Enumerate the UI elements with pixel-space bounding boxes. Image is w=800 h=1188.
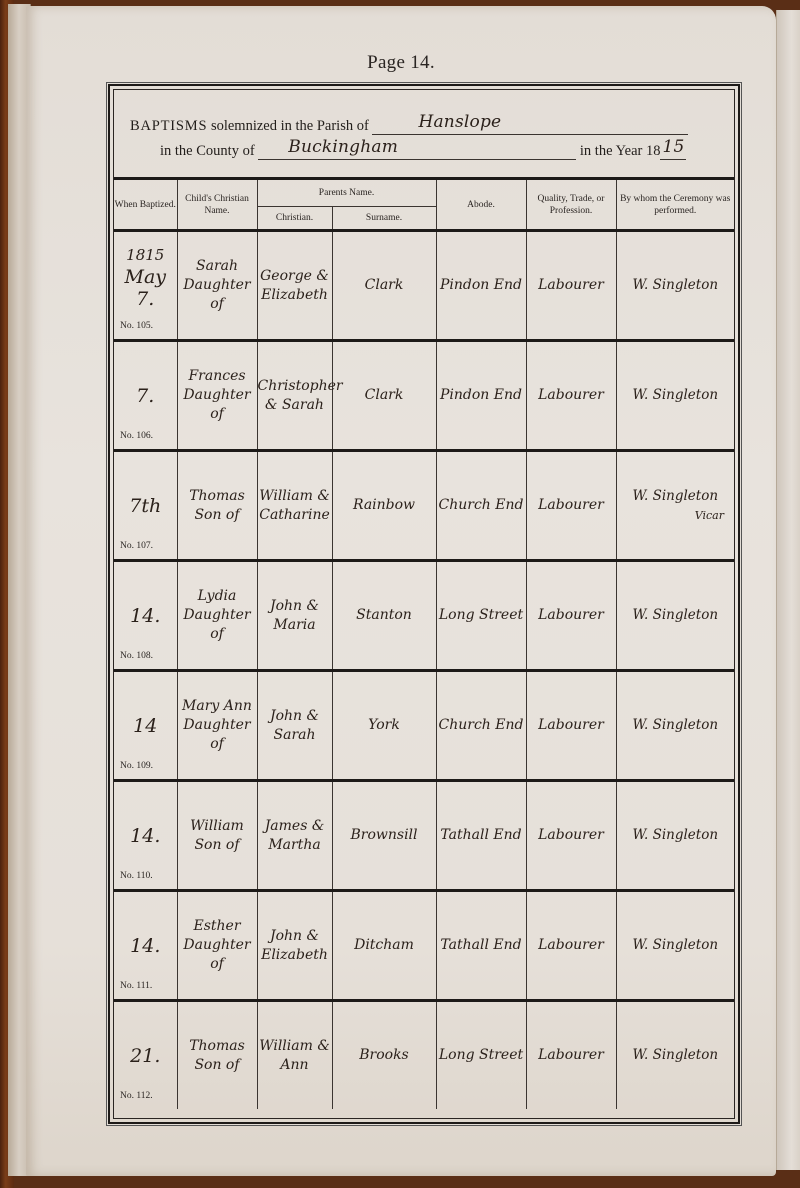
register-heading: BAPTISMS solemnized in the Parish of Han… [124,104,724,164]
facing-page-edge [776,10,800,1170]
heading-year-text: in the Year 18 [580,143,661,159]
entry-day: 14. [114,605,177,627]
child-name: Lydia Daughter of [177,561,257,671]
entry-number: No. 109. [120,761,153,771]
entry-day: 14. [114,825,177,847]
abode: Long Street [436,1001,526,1110]
abode: Pindon End [436,341,526,451]
table-row: 14. No. 108. Lydia Daughter of John & Ma… [114,561,734,671]
entry-day: 7. [114,385,177,407]
entry-number: No. 110. [120,871,153,881]
officiant-signature: W. Singleton [632,607,718,623]
officiant: W. Singleton Vicar [616,451,734,561]
year-value: 15 [662,137,684,157]
abode: Tathall End [436,891,526,1001]
col-when-baptized: When Baptized. [114,179,177,231]
parents-christian: William & Catharine [257,451,332,561]
col-by-whom: By whom the Ceremony was performed. [616,179,734,231]
parents-surname: Brownsill [332,781,436,891]
heading-baptisms: BAPTISMS [130,118,207,134]
quality: Labourer [526,341,616,451]
entry-day: 14. [114,935,177,957]
parents-christian: George & Elizabeth [257,231,332,341]
parish-value: Hanslope [418,112,501,132]
date-cell: 1815 May 7. No. 105. [114,231,177,341]
entry-day: 21. [114,1045,177,1067]
parents-surname: Rainbow [332,451,436,561]
baptism-register-form: BAPTISMS solemnized in the Parish of Han… [108,84,740,1124]
quality: Labourer [526,671,616,781]
officiant: W. Singleton [616,341,734,451]
col-child-name: Child's Christian Name. [177,179,257,231]
quality: Labourer [526,891,616,1001]
parents-christian: John & Maria [257,561,332,671]
officiant-signature: W. Singleton [632,277,718,293]
child-name: William Son of [177,781,257,891]
baptism-table: When Baptized. Child's Christian Name. P… [114,177,734,1109]
table-row: 14 No. 109. Mary Ann Daughter of John & … [114,671,734,781]
date-cell: 14. No. 111. [114,891,177,1001]
parents-surname: Ditcham [332,891,436,1001]
child-name: Esther Daughter of [177,891,257,1001]
entry-year: 1815 [114,244,177,266]
entry-number: No. 111. [120,981,152,991]
heading-line-parish: BAPTISMS solemnized in the Parish of Han… [130,116,688,135]
county-value: Buckingham [288,137,398,157]
date-cell: 14. No. 108. [114,561,177,671]
page-number: Page 14. [26,52,776,74]
entry-number: No. 112. [120,1091,153,1101]
officiant: W. Singleton [616,891,734,1001]
child-name: Frances Daughter of [177,341,257,451]
parents-christian: John & Sarah [257,671,332,781]
entry-day: 7th [114,495,177,517]
col-quality: Quality, Trade, or Profession. [526,179,616,231]
parents-surname: York [332,671,436,781]
heading-line-county: in the County of Buckingham in the Year … [160,141,686,160]
officiant-signature: W. Singleton [632,387,718,403]
officiant: W. Singleton [616,1001,734,1110]
abode: Church End [436,671,526,781]
date-cell: 7th No. 107. [114,451,177,561]
table-row: 14. No. 111. Esther Daughter of John & E… [114,891,734,1001]
parents-surname: Brooks [332,1001,436,1110]
date-cell: 7. No. 106. [114,341,177,451]
officiant-title: Vicar [617,506,735,525]
table-row: 1815 May 7. No. 105. Sarah Daughter of G… [114,231,734,341]
date-cell: 14. No. 110. [114,781,177,891]
quality: Labourer [526,561,616,671]
table-row: 21. No. 112. Thomas Son of William & Ann… [114,1001,734,1110]
officiant-signature: W. Singleton [632,717,718,733]
officiant-signature: W. Singleton [632,488,718,504]
entry-month: May [114,266,177,288]
table-row: 14. No. 110. William Son of James & Mart… [114,781,734,891]
child-name: Sarah Daughter of [177,231,257,341]
officiant: W. Singleton [616,561,734,671]
date-cell: 21. No. 112. [114,1001,177,1110]
parents-christian: John & Elizabeth [257,891,332,1001]
entry-number: No. 105. [120,321,153,331]
col-parents-surname: Surname. [332,207,436,231]
quality: Labourer [526,231,616,341]
col-parents-christian: Christian. [257,207,332,231]
abode: Pindon End [436,231,526,341]
entry-number: No. 107. [120,541,153,551]
col-parents-name: Parents Name. [257,179,436,207]
heading-county-text: in the County of [160,143,255,159]
entry-number: No. 108. [120,651,153,661]
abode: Long Street [436,561,526,671]
quality: Labourer [526,451,616,561]
parents-surname: Stanton [332,561,436,671]
entry-day: 14 [114,715,177,737]
table-row: 7th No. 107. Thomas Son of William & Cat… [114,451,734,561]
quality: Labourer [526,781,616,891]
parents-christian: Christopher & Sarah [257,341,332,451]
officiant: W. Singleton [616,671,734,781]
parents-christian: James & Martha [257,781,332,891]
col-abode: Abode. [436,179,526,231]
officiant-signature: W. Singleton [632,937,718,953]
date-cell: 14 No. 109. [114,671,177,781]
child-name: Thomas Son of [177,1001,257,1110]
abode: Church End [436,451,526,561]
entry-number: No. 106. [120,431,153,441]
table-row: 7. No. 106. Frances Daughter of Christop… [114,341,734,451]
parents-surname: Clark [332,231,436,341]
county-field: Buckingham [258,141,576,160]
entry-day: 7. [114,288,177,310]
officiant-signature: W. Singleton [632,1047,718,1063]
heading-solemnized-text: solemnized in the Parish of [211,118,369,134]
officiant: W. Singleton [616,781,734,891]
parish-field: Hanslope [372,116,688,135]
child-name: Mary Ann Daughter of [177,671,257,781]
parents-christian: William & Ann [257,1001,332,1110]
parents-surname: Clark [332,341,436,451]
child-name: Thomas Son of [177,451,257,561]
year-field: 15 [660,141,686,160]
officiant: W. Singleton [616,231,734,341]
quality: Labourer [526,1001,616,1110]
register-page: Page 14. BAPTISMS solemnized in the Pari… [26,6,776,1176]
abode: Tathall End [436,781,526,891]
officiant-signature: W. Singleton [632,827,718,843]
